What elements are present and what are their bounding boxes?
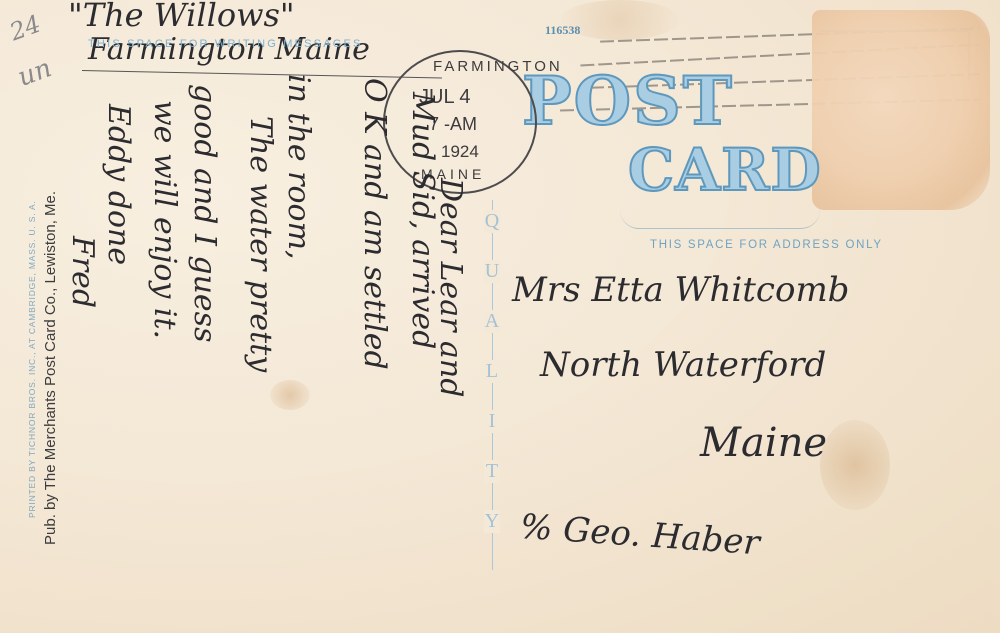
- corner-pencil-note-2: un: [14, 53, 56, 93]
- message-line-5: The water pretty: [243, 116, 278, 372]
- message-line-6: good and I guess: [187, 84, 222, 342]
- printer-credit: PRINTED BY TICHNOR BROS. INC., AT CAMBRI…: [27, 200, 37, 518]
- corner-pencil-note-1: 24: [6, 10, 44, 47]
- quality-letter: I: [484, 410, 500, 433]
- quality-letter: T: [484, 460, 500, 483]
- stain: [820, 420, 890, 510]
- quality-letter: Q: [484, 210, 500, 233]
- address-name: Mrs Etta Whitcomb: [512, 270, 849, 310]
- address-care-of: % Geo. Haber: [519, 507, 761, 564]
- quality-letter: A: [484, 310, 500, 333]
- message-line-3: O K and am settled: [357, 78, 392, 370]
- address-town: North Waterford: [540, 345, 826, 385]
- message-line-8: Eddy done: [101, 104, 136, 265]
- message-line-2: Mud Sid, arrived: [405, 92, 440, 349]
- message-line-7: we will enjoy it.: [147, 100, 182, 339]
- scroll-ornament: [620, 210, 820, 229]
- card-number: 116538: [545, 23, 580, 38]
- stain: [270, 380, 310, 410]
- title-card: CARD: [628, 136, 822, 204]
- quality-letter: U: [484, 260, 500, 283]
- publisher-credit: Pub. by The Merchants Post Card Co., Lew…: [42, 191, 59, 545]
- quality-letter: L: [484, 360, 500, 383]
- stamp-residue: [812, 10, 990, 210]
- message-signature: Fred: [65, 236, 100, 308]
- address-state: Maine: [700, 420, 827, 466]
- postmark-year: 1924: [441, 142, 479, 162]
- quality-letter: Y: [484, 510, 500, 533]
- heading-handwriting-line-1: "The Willows": [68, 0, 295, 34]
- postcard-back: 24 un "The Willows" Farmington Maine THI…: [0, 0, 1000, 633]
- message-line-4: in the room,: [281, 74, 316, 260]
- postmark-city: FARMINGTON: [433, 58, 563, 75]
- address-section-label: THIS SPACE FOR ADDRESS ONLY: [650, 239, 883, 251]
- writing-section-label: THIS SPACE FOR WRITING MESSAGES: [88, 38, 363, 50]
